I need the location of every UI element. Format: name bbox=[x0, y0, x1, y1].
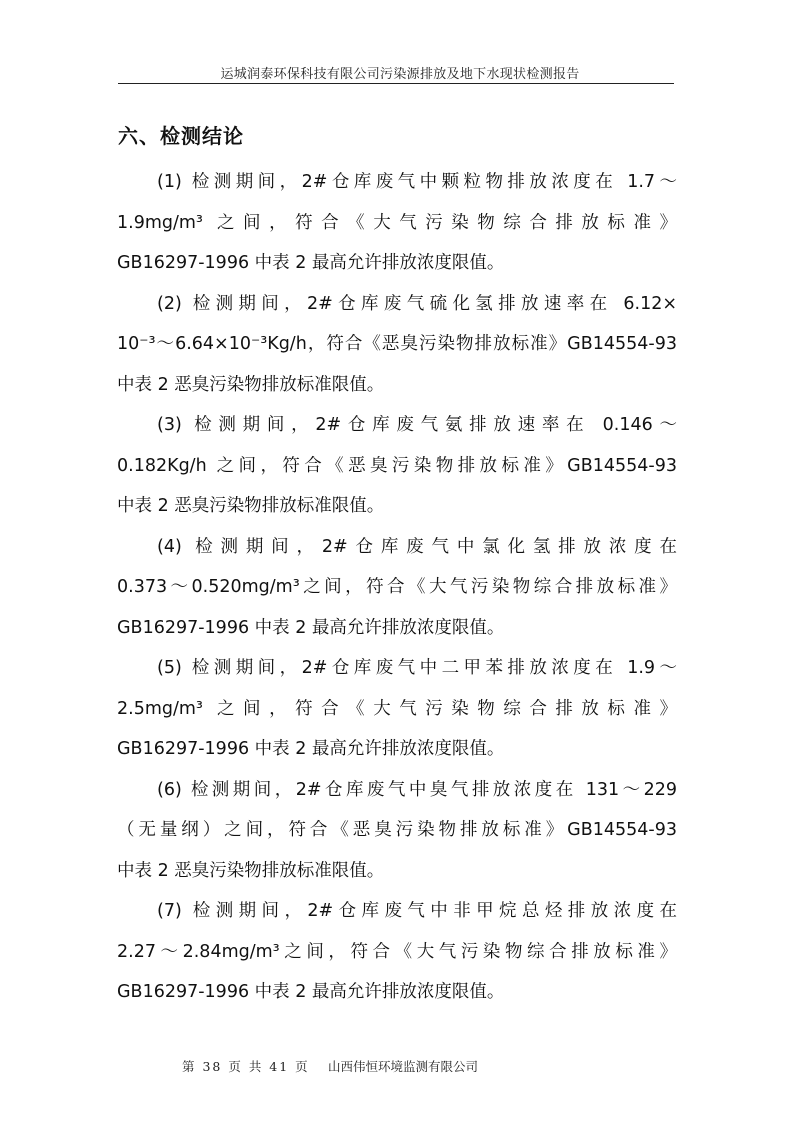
section-title: 六、检测结论 bbox=[118, 120, 244, 149]
conclusion-line: (7) 检测期间，2#仓库废气中非甲烷总烃排放浓度在 bbox=[117, 891, 677, 932]
conclusion-line: 中表 2 恶臭污染物排放标准限值。 bbox=[117, 851, 677, 892]
conclusion-line: （无量纲）之间，符合《恶臭污染物排放标准》GB14554-93 bbox=[117, 810, 677, 851]
conclusion-item-3: (3) 检测期间，2#仓库废气氨排放速率在 0.146～ 0.182Kg/h 之… bbox=[117, 405, 677, 527]
conclusion-line: GB16297-1996 中表 2 最高允许排放浓度限值。 bbox=[117, 729, 677, 770]
conclusion-line: 2.5mg/m³ 之间，符合《大气污染物综合排放标准》 bbox=[117, 689, 677, 730]
conclusion-item-1: (1) 检测期间，2#仓库废气中颗粒物排放浓度在 1.7～ 1.9mg/m³ 之… bbox=[117, 162, 677, 284]
conclusion-line: 0.182Kg/h 之间，符合《恶臭污染物排放标准》GB14554-93 bbox=[117, 446, 677, 487]
conclusion-line: (4) 检测期间，2#仓库废气中氯化氢排放浓度在 bbox=[117, 527, 677, 568]
conclusion-line: (1) 检测期间，2#仓库废气中颗粒物排放浓度在 1.7～ bbox=[117, 162, 677, 203]
conclusion-line: (2) 检测期间，2#仓库废气硫化氢排放速率在 6.12× bbox=[117, 284, 677, 325]
conclusion-line: (6) 检测期间，2#仓库废气中臭气排放浓度在 131～229 bbox=[117, 770, 677, 811]
conclusion-line: GB16297-1996 中表 2 最高允许排放浓度限值。 bbox=[117, 972, 677, 1013]
conclusion-item-7: (7) 检测期间，2#仓库废气中非甲烷总烃排放浓度在 2.27～2.84mg/m… bbox=[117, 891, 677, 1013]
footer-organization: 山西伟恒环境监测有限公司 bbox=[328, 1057, 478, 1075]
conclusion-line: GB16297-1996 中表 2 最高允许排放浓度限值。 bbox=[117, 608, 677, 649]
conclusion-item-4: (4) 检测期间，2#仓库废气中氯化氢排放浓度在 0.373～0.520mg/m… bbox=[117, 527, 677, 649]
conclusion-line: 中表 2 恶臭污染物排放标准限值。 bbox=[117, 365, 677, 406]
conclusion-line: 0.373～0.520mg/m³之间，符合《大气污染物综合排放标准》 bbox=[117, 567, 677, 608]
page-number: 第 38 页 共 41 页 bbox=[182, 1057, 310, 1075]
conclusion-line: (3) 检测期间，2#仓库废气氨排放速率在 0.146～ bbox=[117, 405, 677, 446]
conclusion-item-2: (2) 检测期间，2#仓库废气硫化氢排放速率在 6.12× 10⁻³～6.64×… bbox=[117, 284, 677, 406]
conclusions-list: (1) 检测期间，2#仓库废气中颗粒物排放浓度在 1.7～ 1.9mg/m³ 之… bbox=[117, 162, 677, 1013]
report-title: 运城润泰环保科技有限公司污染源排放及地下水现状检测报告 bbox=[0, 63, 800, 82]
conclusion-line: (5) 检测期间，2#仓库废气中二甲苯排放浓度在 1.9～ bbox=[117, 648, 677, 689]
conclusion-line: 10⁻³～6.64×10⁻³Kg/h，符合《恶臭污染物排放标准》GB14554-… bbox=[117, 324, 677, 365]
header-divider bbox=[118, 83, 674, 84]
conclusion-line: 1.9mg/m³ 之间，符合《大气污染物综合排放标准》 bbox=[117, 203, 677, 244]
conclusion-line: 2.27～2.84mg/m³之间，符合《大气污染物综合排放标准》 bbox=[117, 932, 677, 973]
conclusion-item-6: (6) 检测期间，2#仓库废气中臭气排放浓度在 131～229 （无量纲）之间，… bbox=[117, 770, 677, 892]
conclusion-item-5: (5) 检测期间，2#仓库废气中二甲苯排放浓度在 1.9～ 2.5mg/m³ 之… bbox=[117, 648, 677, 770]
conclusion-line: GB16297-1996 中表 2 最高允许排放浓度限值。 bbox=[117, 243, 677, 284]
conclusion-line: 中表 2 恶臭污染物排放标准限值。 bbox=[117, 486, 677, 527]
